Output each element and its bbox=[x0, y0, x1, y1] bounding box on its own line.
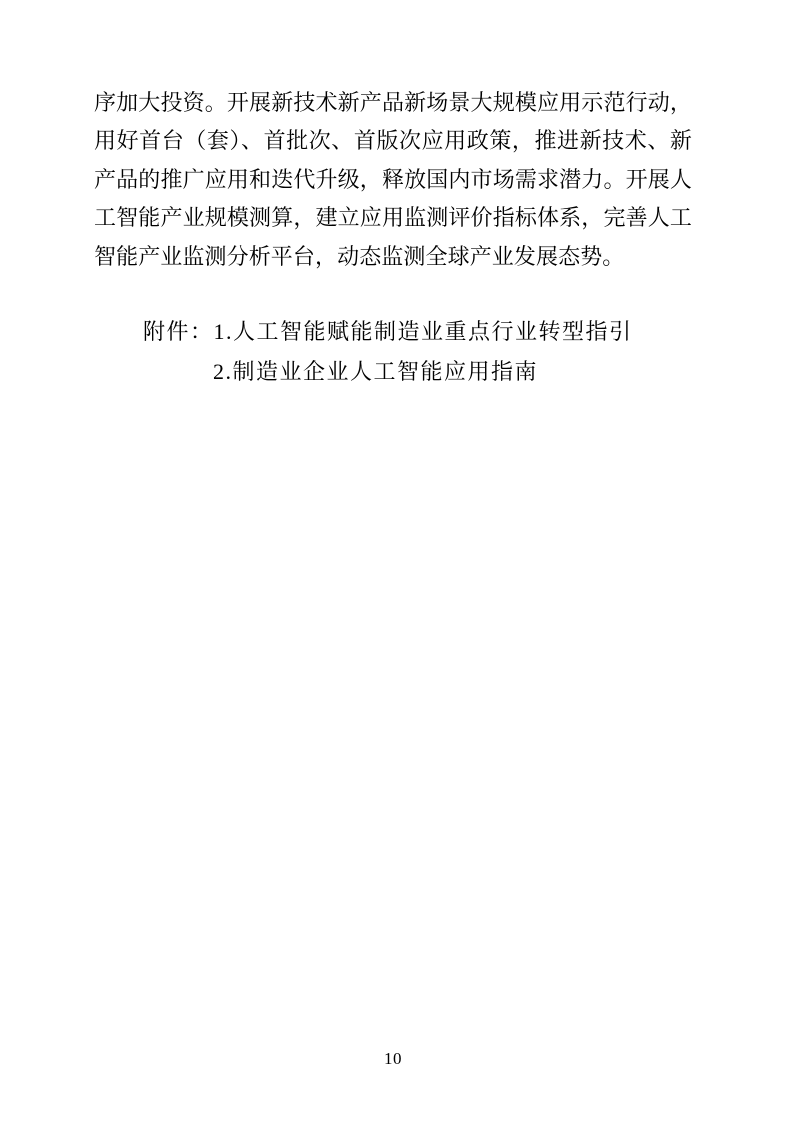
body-text-line: 工智能产业规模测算，建立应用监测评价指标体系，完善人工 bbox=[94, 199, 692, 237]
attachment-row: 2.制造业企业人工智能应用指南 bbox=[143, 352, 633, 392]
attachment-item: 1.人工智能赋能制造业重点行业转型指引 bbox=[214, 312, 633, 352]
body-paragraph: 序加大投资。开展新技术新产品新场景大规模应用示范行动， 用好首台（套）、首批次、… bbox=[94, 84, 692, 276]
attachment-row: 附件： 1.人工智能赋能制造业重点行业转型指引 bbox=[143, 312, 633, 352]
body-text-line: 序加大投资。开展新技术新产品新场景大规模应用示范行动， bbox=[94, 84, 692, 122]
page-number: 10 bbox=[94, 1048, 692, 1070]
attachment-item: 2.制造业企业人工智能应用指南 bbox=[213, 352, 538, 392]
body-text-line: 智能产业监测分析平台，动态监测全球产业发展态势。 bbox=[94, 238, 692, 276]
document-page: 序加大投资。开展新技术新产品新场景大规模应用示范行动， 用好首台（套）、首批次、… bbox=[0, 0, 788, 1130]
body-text-line: 用好首台（套）、首批次、首版次应用政策，推进新技术、新 bbox=[94, 122, 692, 160]
attachment-block: 附件： 1.人工智能赋能制造业重点行业转型指引 2.制造业企业人工智能应用指南 bbox=[143, 312, 633, 392]
attachment-label: 附件： bbox=[143, 312, 214, 352]
body-text-line: 产品的推广应用和迭代升级，释放国内市场需求潜力。开展人 bbox=[94, 161, 692, 199]
